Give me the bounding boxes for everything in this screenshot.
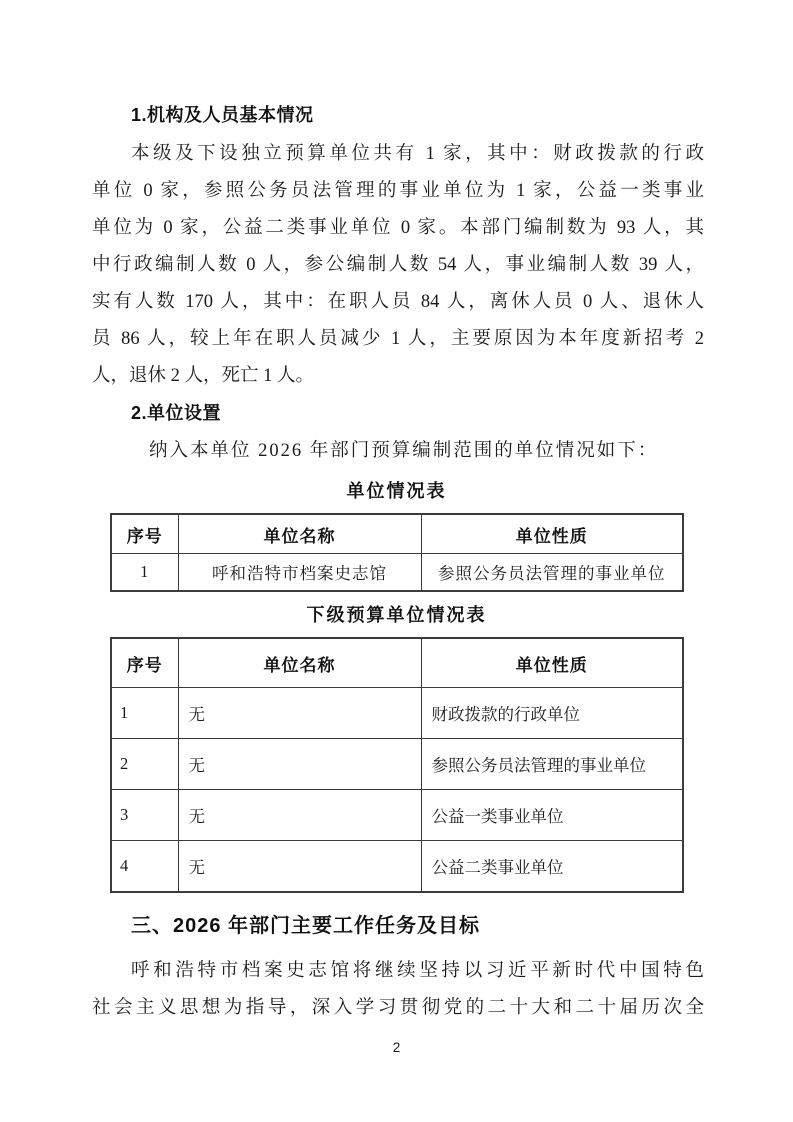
column-header-unit-type: 单位性质 xyxy=(421,638,683,688)
text-line: 社会主义思想为指导，深入学习贯彻党的二十大和二十届历次全 xyxy=(92,990,704,1027)
table-cell-index: 4 xyxy=(111,841,178,893)
table-row: 4 无 公益二类事业单位 xyxy=(111,841,683,893)
text-line: 单位 0 家，参照公务员法管理的事业单位为 1 家，公益一类事业 xyxy=(92,173,704,210)
table-row: 1 无 财政拨款的行政单位 xyxy=(111,688,683,739)
page-number: 2 xyxy=(0,1036,793,1060)
table-cell-index: 1 xyxy=(111,688,178,739)
text-line: 纳入本单位 2026 年部门预算编制范围的单位情况如下： xyxy=(92,434,704,468)
table-cell-unit-type: 公益一类事业单位 xyxy=(421,790,683,841)
column-header-unit-type: 单位性质 xyxy=(421,514,683,554)
text-line: 呼和浩特市档案史志馆将继续坚持以习近平新时代中国特色 xyxy=(92,953,704,990)
document-page: 1.机构及人员基本情况 本级及下设独立预算单位共有 1 家，其中：财政拨款的行政… xyxy=(0,0,793,1122)
column-header-unit-name: 单位名称 xyxy=(178,638,421,688)
paragraph-2026-tasks: 呼和浩特市档案史志馆将继续坚持以习近平新时代中国特色 社会主义思想为指导，深入学… xyxy=(92,953,704,1027)
column-header-unit-name: 单位名称 xyxy=(178,514,421,554)
table-row: 3 无 公益一类事业单位 xyxy=(111,790,683,841)
subsection-heading-unit-setup: 2.单位设置 xyxy=(131,401,221,425)
section-heading-2026-tasks: 三、2026 年部门主要工作任务及目标 xyxy=(131,912,480,940)
column-header-index: 序号 xyxy=(111,514,178,554)
text-line: 实有人数 170 人，其中：在职人员 84 人，离休人员 0 人、退休人 xyxy=(92,284,704,321)
table-header-row: 序号 单位名称 单位性质 xyxy=(111,638,683,688)
table-header-row: 序号 单位名称 单位性质 xyxy=(111,514,683,554)
table-title-subordinate-units: 下级预算单位情况表 xyxy=(0,601,793,627)
paragraph-unit-setup: 纳入本单位 2026 年部门预算编制范围的单位情况如下： xyxy=(92,434,704,468)
subsection-heading-org-staff: 1.机构及人员基本情况 xyxy=(131,103,314,127)
table-cell-unit-type: 参照公务员法管理的事业单位 xyxy=(421,739,683,790)
table-cell-unit-name: 无 xyxy=(178,790,421,841)
text-line: 本级及下设独立预算单位共有 1 家，其中：财政拨款的行政 xyxy=(92,136,704,173)
column-header-index: 序号 xyxy=(111,638,178,688)
text-line: 单位为 0 家，公益二类事业单位 0 家。本部门编制数为 93 人，其 xyxy=(92,210,704,247)
table-cell-unit-name: 无 xyxy=(178,688,421,739)
table-cell-unit-type: 参照公务员法管理的事业单位 xyxy=(421,554,683,592)
table-cell-unit-name: 无 xyxy=(178,841,421,893)
table-row: 2 无 参照公务员法管理的事业单位 xyxy=(111,739,683,790)
subordinate-units-table: 序号 单位名称 单位性质 1 无 财政拨款的行政单位 2 无 参照公务员法管理的… xyxy=(110,637,684,893)
text-line: 人，退休 2 人，死亡 1 人。 xyxy=(92,358,704,395)
paragraph-org-staff: 本级及下设独立预算单位共有 1 家，其中：财政拨款的行政 单位 0 家，参照公务… xyxy=(92,136,704,395)
table-cell-unit-type: 财政拨款的行政单位 xyxy=(421,688,683,739)
table-cell-unit-name: 无 xyxy=(178,739,421,790)
text-line: 员 86 人，较上年在职人员减少 1 人，主要原因为本年度新招考 2 xyxy=(92,321,704,358)
unit-overview-table: 序号 单位名称 单位性质 1 呼和浩特市档案史志馆 参照公务员法管理的事业单位 xyxy=(110,513,684,592)
table-cell-index: 3 xyxy=(111,790,178,841)
table-row: 1 呼和浩特市档案史志馆 参照公务员法管理的事业单位 xyxy=(111,554,683,592)
table-cell-index: 2 xyxy=(111,739,178,790)
table-cell-index: 1 xyxy=(111,554,178,592)
text-line: 中行政编制人数 0 人，参公编制人数 54 人，事业编制人数 39 人， xyxy=(92,247,704,284)
table-cell-unit-type: 公益二类事业单位 xyxy=(421,841,683,893)
table-cell-unit-name: 呼和浩特市档案史志馆 xyxy=(178,554,421,592)
table-title-unit-overview: 单位情况表 xyxy=(0,477,793,503)
